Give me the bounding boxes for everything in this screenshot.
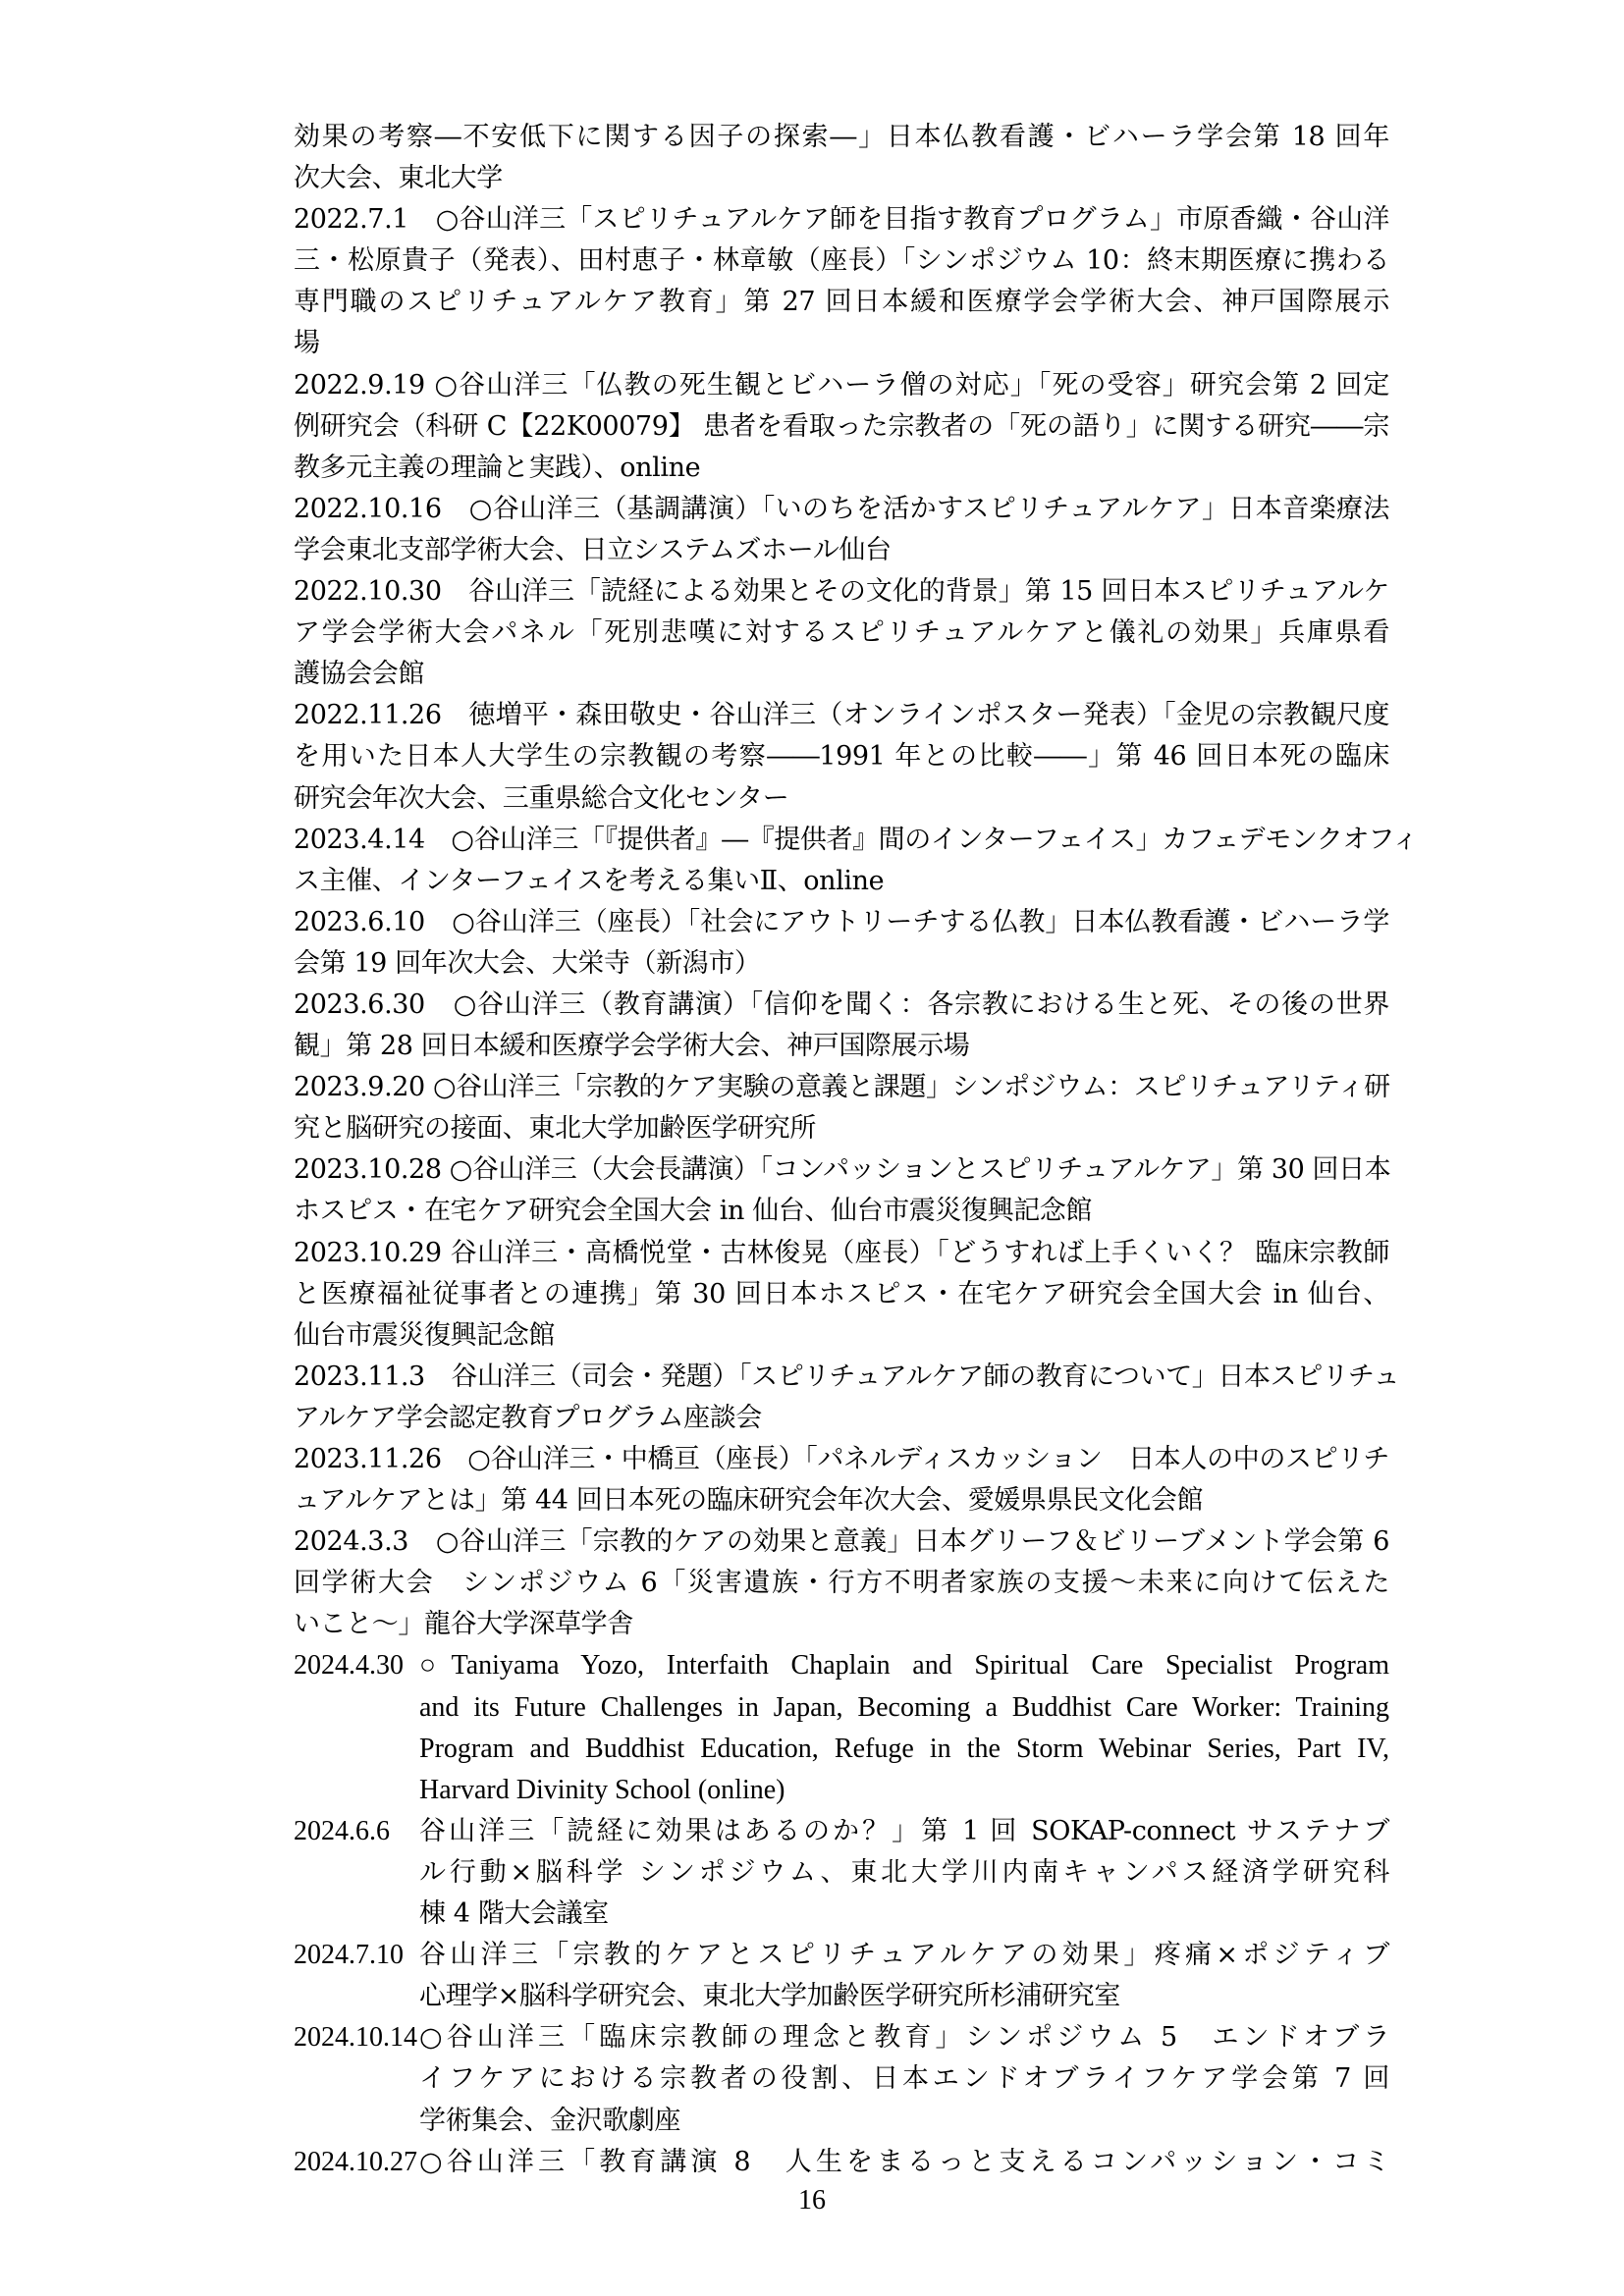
- entry-line: 2022.7.1 ○谷山洋三「スピリチュアルケア師を目指す教育プログラム」市原香…: [294, 199, 1389, 240]
- entry-line: and its Future Challenges in Japan, Beco…: [419, 1687, 1389, 1729]
- entry-line: 専門職のスピリチュアルケア教育」第 27 回日本緩和医療学会学術大会、神戸国際展…: [294, 282, 1389, 323]
- entry-text: ○谷山洋三「臨床宗教師の理念と教育」シンポジウム 5 エンドオブラ: [419, 2017, 1389, 2058]
- entry-date: 2024.7.10: [294, 1935, 419, 1976]
- entry-line: 心理学×脳科学研究会、東北大学加齢医学研究所杉浦研究室: [419, 1976, 1389, 2017]
- list-entry: 2023.4.14 ○谷山洋三「『提供者』―『提供者』間のインターフェイス」カフ…: [294, 820, 1389, 902]
- list-entry-hanging: 2024.7.10 谷山洋三「宗教的ケアとスピリチュアルケアの効果」疼痛×ポジテ…: [294, 1935, 1389, 2017]
- entry-first-line: 2024.6.6 谷山洋三「読経に効果はあるのか？」第 1 回 SOKAP-co…: [294, 1811, 1389, 1852]
- entry-line: Harvard Divinity School (online): [419, 1770, 1389, 1811]
- document-page: 効果の考察―不安低下に関する因子の探索―」日本仏教看護・ビハーラ学会第 18 回…: [0, 0, 1624, 2296]
- list-entry-continuation: 効果の考察―不安低下に関する因子の探索―」日本仏教看護・ビハーラ学会第 18 回…: [294, 117, 1389, 199]
- entry-line: 2022.10.30 谷山洋三「読経による効果とその文化的背景」第 15 回日本…: [294, 571, 1389, 613]
- entry-line: 学術集会、金沢歌劇座: [419, 2101, 1389, 2142]
- entry-line: 2023.10.29 谷山洋三・高橋悦堂・古林俊晃（座長）「どうすれば上手くいく…: [294, 1233, 1389, 1274]
- entry-date: 2024.10.27: [294, 2142, 419, 2183]
- entry-line: 2023.11.26 ○谷山洋三・中橋亘（座長）「パネルディスカッション 日本人…: [294, 1439, 1389, 1480]
- entry-line: 2023.4.14 ○谷山洋三「『提供者』―『提供者』間のインターフェイス」カフ…: [294, 820, 1389, 861]
- entry-line: 護協会会館: [294, 654, 1389, 695]
- entry-line: ュアルケアとは」第 44 回日本死の臨床研究会年次大会、愛媛県県民文化会館: [294, 1480, 1389, 1522]
- entry-first-line: 2024.4.30 ○Taniyama Yozo, Interfaith Cha…: [294, 1645, 1389, 1686]
- entry-line: 三・松原貴子（発表）、田村恵子・林章敏（座長）「シンポジウム 10：終末期医療に…: [294, 240, 1389, 282]
- entry-line: と医療福祉従事者との連携」第 30 回日本ホスピス・在宅ケア研究会全国大会 in…: [294, 1274, 1389, 1315]
- page-number: 16: [0, 2185, 1624, 2216]
- list-entry: 2023.6.30 ○谷山洋三（教育講演）「信仰を聞く：各宗教における生と死、そ…: [294, 985, 1389, 1067]
- entry-date: 2024.6.6: [294, 1811, 419, 1852]
- entry-first-line: 2024.7.10 谷山洋三「宗教的ケアとスピリチュアルケアの効果」疼痛×ポジテ…: [294, 1935, 1389, 1976]
- entry-text: 谷山洋三「宗教的ケアとスピリチュアルケアの効果」疼痛×ポジティブ: [419, 1935, 1389, 1976]
- entry-line: 場: [294, 323, 1389, 364]
- entry-line: 棟 4 階大会議室: [419, 1894, 1389, 1935]
- list-entry: 2022.9.19 ○谷山洋三「仏教の死生観とビハーラ僧の対応」「死の受容」研究…: [294, 365, 1389, 489]
- entry-line: 回学術大会 シンポジウム 6「災害遺族・行方不明者家族の支援〜未来に向けて伝えた: [294, 1563, 1389, 1604]
- entry-line: を用いた日本人大学生の宗教観の考察――1991 年との比較――」第 46 回日本…: [294, 736, 1389, 777]
- entry-line: 究と脳研究の接面、東北大学加齢医学研究所: [294, 1108, 1389, 1149]
- entry-line: 観」第 28 回日本緩和医療学会学術大会、神戸国際展示場: [294, 1026, 1389, 1067]
- entry-line: 2022.10.16 ○谷山洋三（基調講演）「いのちを活かすスピリチュアルケア」…: [294, 489, 1389, 530]
- entry-line: 研究会年次大会、三重県総合文化センター: [294, 778, 1389, 820]
- list-entry: 2023.9.20 ○谷山洋三「宗教的ケア実験の意義と課題」シンポジウム：スピリ…: [294, 1067, 1389, 1149]
- entry-line: ア学会学術大会パネル「死別悲嘆に対するスピリチュアルケアと儀礼の効果」兵庫県看: [294, 613, 1389, 654]
- entry-line: 2023.11.3 谷山洋三（司会・発題）「スピリチュアルケア師の教育について」…: [294, 1357, 1389, 1398]
- entry-line: ル行動×脳科学 シンポジウム、東北大学川内南キャンパス経済学研究科: [419, 1852, 1389, 1894]
- entry-line: ホスピス・在宅ケア研究会全国大会 in 仙台、仙台市震災復興記念館: [294, 1191, 1389, 1232]
- list-entry: 2022.11.26 徳増平・森田敬史・谷山洋三（オンラインポスター発表）「金児…: [294, 695, 1389, 819]
- entry-line: 2023.6.30 ○谷山洋三（教育講演）「信仰を聞く：各宗教における生と死、そ…: [294, 985, 1389, 1026]
- entry-line: Program and Buddhist Education, Refuge i…: [419, 1729, 1389, 1770]
- entry-line: 2022.9.19 ○谷山洋三「仏教の死生観とビハーラ僧の対応」「死の受容」研究…: [294, 365, 1389, 406]
- entry-line: いこと〜」龍谷大学深草学舎: [294, 1604, 1389, 1645]
- entry-line: 2023.9.20 ○谷山洋三「宗教的ケア実験の意義と課題」シンポジウム：スピリ…: [294, 1067, 1389, 1108]
- entry-line: 2024.3.3 ○谷山洋三「宗教的ケアの効果と意義」日本グリーフ＆ビリーブメン…: [294, 1522, 1389, 1563]
- list-entry-hanging: 2024.6.6 谷山洋三「読経に効果はあるのか？」第 1 回 SOKAP-co…: [294, 1811, 1389, 1935]
- list-entry-hanging: 2024.4.30 ○Taniyama Yozo, Interfaith Cha…: [294, 1645, 1389, 1810]
- list-entry: 2023.11.26 ○谷山洋三・中橋亘（座長）「パネルディスカッション 日本人…: [294, 1439, 1389, 1522]
- list-entry: 2022.10.30 谷山洋三「読経による効果とその文化的背景」第 15 回日本…: [294, 571, 1389, 695]
- list-entry: 2022.7.1 ○谷山洋三「スピリチュアルケア師を目指す教育プログラム」市原香…: [294, 199, 1389, 364]
- entry-line: 仙台市震災復興記念館: [294, 1315, 1389, 1357]
- entry-line: 会第 19 回年次大会、大栄寺（新潟市）: [294, 943, 1389, 985]
- entry-line: イフケアにおける宗教者の役割、日本エンドオブライフケア学会第 7 回: [419, 2058, 1389, 2100]
- list-entry-hanging: 2024.10.14 ○谷山洋三「臨床宗教師の理念と教育」シンポジウム 5 エン…: [294, 2017, 1389, 2141]
- entry-line: 2023.6.10 ○谷山洋三（座長）「社会にアウトリーチする仏教」日本仏教看護…: [294, 902, 1389, 943]
- list-entry: 2023.10.29 谷山洋三・高橋悦堂・古林俊晃（座長）「どうすれば上手くいく…: [294, 1233, 1389, 1357]
- list-entry: 2023.10.28 ○谷山洋三（大会長講演）「コンパッションとスピリチュアルケ…: [294, 1149, 1389, 1232]
- entry-date: 2024.4.30: [294, 1645, 419, 1686]
- list-entry-hanging: 2024.10.27 ○谷山洋三「教育講演 8 人生をまるっと支えるコンパッショ…: [294, 2142, 1389, 2183]
- entry-line: ス主催、インターフェイスを考える集いⅡ、online: [294, 861, 1389, 902]
- entry-line: 例研究会（科研 C【22K00079】 患者を看取った宗教者の「死の語り」に関す…: [294, 406, 1389, 448]
- entry-date: 2024.10.14: [294, 2017, 419, 2058]
- entry-text: 谷山洋三「読経に効果はあるのか？」第 1 回 SOKAP-connect サステ…: [419, 1811, 1389, 1852]
- entry-line: 次大会、東北大学: [294, 158, 1389, 199]
- presentation-list: 効果の考察―不安低下に関する因子の探索―」日本仏教看護・ビハーラ学会第 18 回…: [294, 117, 1389, 2183]
- entry-line: アルケア学会認定教育プログラム座談会: [294, 1398, 1389, 1439]
- entry-line: 2023.10.28 ○谷山洋三（大会長講演）「コンパッションとスピリチュアルケ…: [294, 1149, 1389, 1191]
- list-entry: 2023.6.10 ○谷山洋三（座長）「社会にアウトリーチする仏教」日本仏教看護…: [294, 902, 1389, 985]
- entry-line: 学会東北支部学術大会、日立システムズホール仙台: [294, 530, 1389, 571]
- list-entry: 2023.11.3 谷山洋三（司会・発題）「スピリチュアルケア師の教育について」…: [294, 1357, 1389, 1439]
- entry-line: 効果の考察―不安低下に関する因子の探索―」日本仏教看護・ビハーラ学会第 18 回…: [294, 117, 1389, 158]
- list-entry: 2024.3.3 ○谷山洋三「宗教的ケアの効果と意義」日本グリーフ＆ビリーブメン…: [294, 1522, 1389, 1645]
- entry-text: ○谷山洋三「教育講演 8 人生をまるっと支えるコンパッション・コミ: [419, 2142, 1389, 2183]
- entry-first-line: 2024.10.14 ○谷山洋三「臨床宗教師の理念と教育」シンポジウム 5 エン…: [294, 2017, 1389, 2058]
- entry-text: ○Taniyama Yozo, Interfaith Chaplain and …: [419, 1645, 1389, 1686]
- entry-line: 2022.11.26 徳増平・森田敬史・谷山洋三（オンラインポスター発表）「金児…: [294, 695, 1389, 736]
- entry-line: 教多元主義の理論と実践）、online: [294, 448, 1389, 489]
- list-entry: 2022.10.16 ○谷山洋三（基調講演）「いのちを活かすスピリチュアルケア」…: [294, 489, 1389, 571]
- entry-first-line: 2024.10.27 ○谷山洋三「教育講演 8 人生をまるっと支えるコンパッショ…: [294, 2142, 1389, 2183]
